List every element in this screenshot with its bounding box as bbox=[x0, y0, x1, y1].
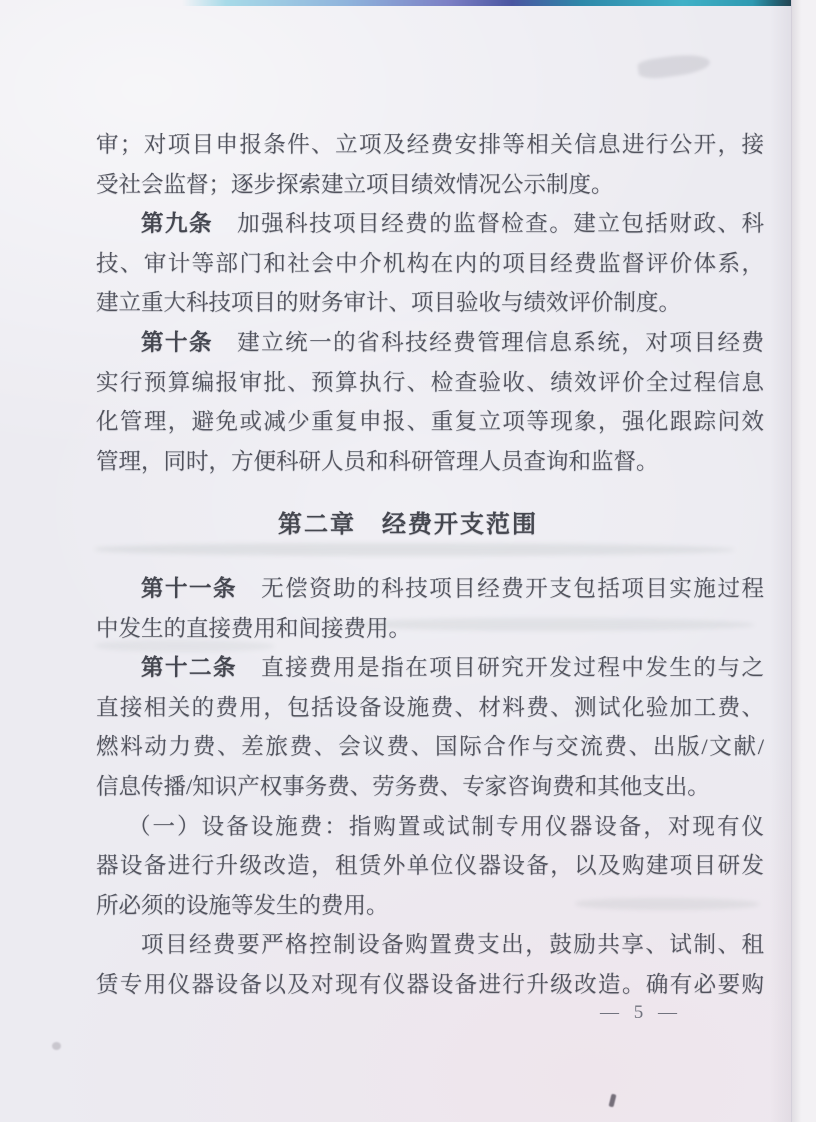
line-text: 所必须的设施等发生的费用。 bbox=[96, 893, 389, 918]
document-line: 项目经费要严格控制设备购置费支出，鼓励共享、试制、租 bbox=[96, 925, 764, 965]
document-line: 燃料动力费、差旅费、会议费、国际合作与交流费、出版/文献/ bbox=[96, 727, 764, 767]
body-text-block-2: 第十一条 无偿资助的科技项目经费开支包括项目实施过程中发生的直接费用和间接费用。… bbox=[96, 569, 764, 1005]
scanned-document-page: 审；对项目申报条件、立项及经费安排等相关信息进行公开，接受社会监督；逐步探索建立… bbox=[0, 0, 816, 1122]
line-text: 管理，同时，方便科研人员和科研管理人员查询和监督。 bbox=[96, 449, 659, 474]
document-line: 化管理，避免或减少重复申报、重复立项等现象，强化跟踪问效 bbox=[96, 402, 764, 442]
line-text: （一）设备设施费：指购置或试制专用仪器设备，对现有仪 bbox=[128, 814, 764, 839]
line-text: 化管理，避免或减少重复申报、重复立项等现象，强化跟踪问效 bbox=[96, 409, 764, 434]
document-line: 受社会监督；逐步探索建立项目绩效情况公示制度。 bbox=[96, 165, 764, 205]
document-line: （一）设备设施费：指购置或试制专用仪器设备，对现有仪 bbox=[96, 807, 764, 847]
bleedthrough-smudge bbox=[95, 543, 735, 556]
ink-speck bbox=[609, 1094, 617, 1108]
document-line: 第九条 加强科技项目经费的监督检查。建立包括财政、科 bbox=[96, 204, 764, 244]
line-text: 技、审计等部门和社会中介机构在内的项目经费监督评价体系， bbox=[96, 251, 764, 276]
line-text: 直接费用是指在项目研究开发过程中发生的与之 bbox=[237, 655, 764, 680]
document-line: 第十二条 直接费用是指在项目研究开发过程中发生的与之 bbox=[96, 648, 764, 688]
chapter-heading: 第二章 经费开支范围 bbox=[0, 504, 816, 539]
article-number: 第十一条 bbox=[141, 576, 237, 601]
document-line: 管理，同时，方便科研人员和科研管理人员查询和监督。 bbox=[96, 442, 764, 482]
line-text: 赁专用仪器设备以及对现有仪器设备进行升级改造。确有必要购 bbox=[96, 972, 764, 997]
ink-speck bbox=[52, 1042, 61, 1050]
line-text: 建立重大科技项目的财务审计、项目验收与绩效评价制度。 bbox=[96, 290, 681, 315]
line-text: 加强科技项目经费的监督检查。建立包括财政、科 bbox=[213, 211, 764, 236]
document-line: 赁专用仪器设备以及对现有仪器设备进行升级改造。确有必要购 bbox=[96, 965, 764, 1005]
line-text: 器设备进行升级改造，租赁外单位仪器设备，以及购建项目研发 bbox=[96, 853, 764, 878]
document-line: 信息传播/知识产权事务费、劳务费、专家咨询费和其他支出。 bbox=[96, 767, 764, 807]
line-text: 审；对项目申报条件、立项及经费安排等相关信息进行公开，接 bbox=[96, 132, 764, 157]
document-line: 技、审计等部门和社会中介机构在内的项目经费监督评价体系， bbox=[96, 244, 764, 284]
document-line: 审；对项目申报条件、立项及经费安排等相关信息进行公开，接 bbox=[96, 125, 764, 165]
line-text: 无偿资助的科技项目经费开支包括项目实施过程 bbox=[237, 576, 764, 601]
body-text-block-1: 审；对项目申报条件、立项及经费安排等相关信息进行公开，接受社会监督；逐步探索建立… bbox=[96, 125, 764, 481]
line-text: 项目经费要严格控制设备购置费支出，鼓励共享、试制、租 bbox=[141, 932, 764, 957]
page-edge-shadow bbox=[770, 0, 792, 1122]
bleedthrough-smudge bbox=[575, 898, 760, 910]
document-line: 器设备进行升级改造，租赁外单位仪器设备，以及购建项目研发 bbox=[96, 846, 764, 886]
document-line: 实行预算编报审批、预算执行、检查验收、绩效评价全过程信息 bbox=[96, 363, 764, 403]
line-text: 建立统一的省科技经费管理信息系统，对项目经费 bbox=[213, 330, 764, 355]
document-line: 直接相关的费用，包括设备设施费、材料费、测试化验加工费、 bbox=[96, 688, 764, 728]
document-line: 建立重大科技项目的财务审计、项目验收与绩效评价制度。 bbox=[96, 283, 764, 323]
pencil-smudge bbox=[637, 51, 711, 81]
line-text: 受社会监督；逐步探索建立项目绩效情况公示制度。 bbox=[96, 172, 614, 197]
document-line: 第十条 建立统一的省科技经费管理信息系统，对项目经费 bbox=[96, 323, 764, 363]
line-text: 直接相关的费用，包括设备设施费、材料费、测试化验加工费、 bbox=[96, 695, 764, 720]
article-number: 第十二条 bbox=[141, 655, 237, 680]
document-line: 第十一条 无偿资助的科技项目经费开支包括项目实施过程 bbox=[96, 569, 764, 609]
adjacent-page-edge bbox=[791, 0, 816, 1122]
line-text: 实行预算编报审批、预算执行、检查验收、绩效评价全过程信息 bbox=[96, 370, 764, 395]
article-number: 第十条 bbox=[141, 330, 213, 355]
line-text: 信息传播/知识产权事务费、劳务费、专家咨询费和其他支出。 bbox=[96, 774, 710, 799]
line-text: 中发生的直接费用和间接费用。 bbox=[96, 616, 411, 641]
article-number: 第九条 bbox=[141, 211, 213, 236]
bleedthrough-smudge bbox=[95, 640, 275, 652]
bleedthrough-smudge bbox=[355, 618, 755, 631]
page-number: — 5 — bbox=[600, 1002, 720, 1024]
scanner-edge-stripe bbox=[182, 0, 816, 6]
line-text: 燃料动力费、差旅费、会议费、国际合作与交流费、出版/文献/ bbox=[96, 734, 764, 759]
